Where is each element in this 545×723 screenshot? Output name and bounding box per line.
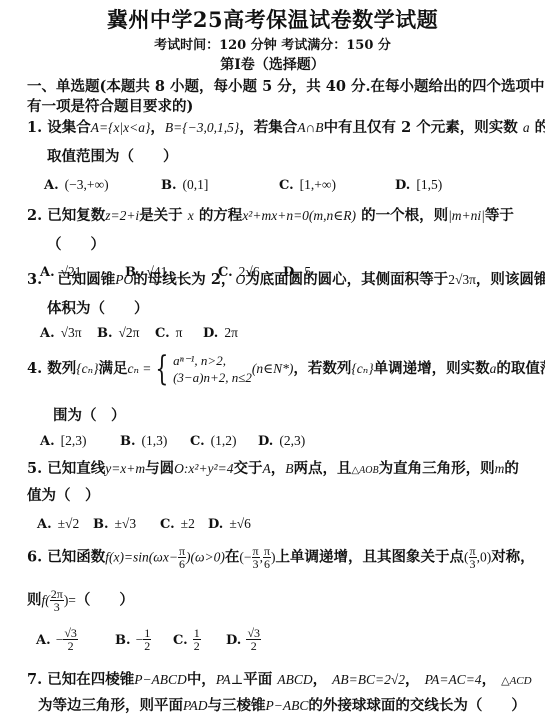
option-label: D. (258, 434, 273, 449)
question-text: 已知在四棱锥 (47, 671, 134, 688)
piecewise-definition: aⁿ⁻¹, n>2,(3−a)n+2, n≤2 (173, 352, 252, 386)
question-text: 的外接球球面的交线长为（ ） (308, 697, 526, 714)
question-6-line2: 则f(2π3)=（ ） (27, 588, 134, 613)
question-text: 的 (504, 460, 519, 477)
math-expr: A∩B (297, 120, 323, 135)
question-1-option-a[interactable]: A.(−3,+∞) (44, 174, 109, 193)
math-expr: △ACD (501, 675, 531, 687)
question-2: 2. 已知复数z=2+i是关于 x 的方程x²+mx+n=0(m,n∈R) 的一… (27, 204, 514, 225)
option-label: A. (37, 517, 52, 532)
fraction: π3 (469, 545, 477, 570)
math-expr: (n∈N*) (252, 361, 294, 376)
question-3: 3. 已知圆锥PO的母线长为 2，O为底面圆的圆心，其侧面积等于2√3π，则该圆… (27, 268, 545, 289)
question-1-option-c[interactable]: C.[1,+∞) (279, 174, 336, 193)
option-label: B. (161, 178, 177, 193)
question-5-option-a[interactable]: A.±√2 (37, 513, 79, 532)
question-6-option-c[interactable]: C. 12 (173, 627, 201, 652)
math-expr: y=x+m (105, 461, 145, 476)
math-expr: )(ω>0) (186, 550, 225, 565)
math-expr: ,0) (477, 550, 492, 565)
option-label: D. (395, 178, 410, 193)
volume-heading: 第Ⅰ卷（选择题） (0, 54, 545, 74)
brace-symbol: { (156, 352, 169, 386)
question-text: ，若数列 (293, 360, 351, 377)
option-label: C. (190, 434, 205, 449)
question-text: 的一个根，则 (361, 207, 448, 224)
denominator: 2 (143, 640, 151, 652)
option-label: A. (40, 326, 55, 341)
fraction: 12 (193, 627, 201, 652)
option-label: A. (36, 633, 51, 648)
question-4-line2: 围为（ ） (53, 404, 126, 425)
math-expr: ABCD (277, 672, 312, 687)
question-1-line2: 取值范围为（ ） (47, 145, 178, 166)
question-text: 为底面圆的圆心，其侧面积等于 (245, 271, 448, 288)
question-7: 7. 已知在四棱锥P−ABCD中，PA⊥平面 ABCD， AB=BC=2√2， … (27, 668, 532, 689)
question-5-option-c[interactable]: C.±2 (160, 513, 195, 532)
question-5: 5. 已知直线y=x+m与圆O:x²+y²=4交于A，B两点，且△AOB为直角三… (27, 457, 519, 478)
option-value: ±√2 (58, 516, 80, 531)
question-4-option-c[interactable]: C.(1,2) (190, 430, 237, 449)
section-heading-line1: 一、单选题(本题共 8 小题，每小题 5 分，共 40 分.在每小题给出的四个选… (27, 75, 545, 96)
question-text: 已知复数 (47, 207, 105, 224)
math-expr: PA⊥ (216, 672, 243, 687)
math-expr: f( (42, 593, 50, 608)
option-label: D. (208, 517, 223, 532)
math-expr: m (495, 461, 505, 476)
math-expr: cₙ = (127, 361, 151, 376)
question-text: 的 (535, 119, 545, 136)
math-expr: △AOB (351, 465, 378, 476)
option-label: D. (203, 326, 218, 341)
fraction: √32 (246, 627, 261, 652)
question-text: 中， (187, 671, 216, 688)
option-value: 2π (224, 325, 238, 340)
question-text: ，若集合 (239, 119, 297, 136)
question-text: ，则该圆锥的 (476, 271, 545, 288)
denominator: 3 (50, 601, 64, 613)
option-value: [2,3) (61, 433, 87, 448)
option-value: (0,1] (183, 177, 209, 192)
question-text: 满足 (98, 360, 127, 377)
fraction: π6 (263, 545, 271, 570)
question-text: 等于 (485, 207, 514, 224)
math-expr: PAD (183, 698, 208, 713)
math-expr: A={x|x<a} (91, 120, 151, 135)
option-value: √3π (61, 325, 82, 340)
question-6-option-a[interactable]: A. −√32 (36, 627, 78, 652)
question-1-option-d[interactable]: D.[1,5) (395, 174, 442, 193)
question-1: 1. 设集合A={x|x<a}，B={−3,0,1,5}，若集合A∩B中有且仅有… (27, 116, 545, 137)
question-text: 与三棱锥 (208, 697, 266, 714)
denominator: 6 (178, 558, 186, 570)
question-number: 1. (27, 119, 42, 136)
question-text: 为等边三角形，则平面 (38, 697, 183, 714)
option-value: (1,2) (211, 433, 237, 448)
denominator: 2 (246, 640, 261, 652)
denominator: 6 (263, 558, 271, 570)
denominator: 3 (469, 558, 477, 570)
option-label: A. (44, 178, 59, 193)
question-1-option-b[interactable]: B.(0,1] (161, 174, 208, 193)
question-3-option-d[interactable]: D.2π (203, 322, 238, 341)
math-expr: B={−3,0,1,5} (165, 120, 239, 135)
question-number: 7. (27, 671, 42, 688)
question-text: 设集合 (47, 119, 91, 136)
question-text: ， (271, 460, 286, 477)
option-label: C. (279, 178, 294, 193)
question-text: ， (482, 671, 497, 688)
question-text: 上单调递增，且其图象关于点 (276, 549, 465, 566)
question-4-option-d[interactable]: D.(2,3) (258, 430, 305, 449)
question-text: 在 (225, 549, 240, 566)
question-text: 已知直线 (47, 460, 105, 477)
exam-info: 考试时间：120 分钟 考试满分：150 分 (0, 34, 545, 53)
question-text: 是关于 (139, 207, 183, 224)
option-value: (−3,+∞) (65, 177, 109, 192)
math-expr: )= (64, 593, 76, 608)
question-text: 与圆 (145, 460, 174, 477)
option-value: ±√6 (229, 516, 251, 531)
option-label: B. (93, 517, 109, 532)
question-3-option-c[interactable]: C.π (155, 322, 182, 341)
sign: − (136, 632, 144, 647)
fraction: √32 (63, 627, 78, 652)
section-heading-line2: 有一项是符合题目要求的) (27, 95, 193, 116)
question-text: 对称， (491, 549, 535, 566)
question-text: 为直角三角形，则 (379, 460, 495, 477)
math-expr: O:x²+y²=4 (174, 461, 233, 476)
question-text: ， (150, 119, 165, 136)
math-expr: z=2+i (105, 208, 139, 223)
question-7-line2: 为等边三角形，则平面PAD与三棱锥P−ABC的外接球球面的交线长为（ ） (38, 694, 526, 715)
question-3-option-b[interactable]: B.√2π (97, 322, 140, 341)
math-expr: A (262, 461, 270, 476)
option-value: ±2 (181, 516, 195, 531)
question-text: 的母线长为 2， (133, 271, 235, 288)
question-text: 的方程 (199, 207, 243, 224)
question-text: 已知函数 (47, 549, 105, 566)
question-6-option-b[interactable]: B. −12 (115, 627, 151, 652)
question-text: 中有且仅有 2 个元素，则实数 (324, 119, 518, 136)
option-value: √2π (119, 325, 140, 340)
question-6: 6. 已知函数f(x)=sin(ωx−π6)(ω>0)在(−π3,π6)上单调递… (27, 545, 535, 570)
math-expr: {cₙ} (76, 361, 98, 376)
option-value: ±√3 (115, 516, 137, 531)
question-2-line2: （ ） (47, 233, 105, 254)
math-expr: P−ABCD (134, 672, 187, 687)
question-4-option-b[interactable]: B.(1,3) (120, 430, 167, 449)
option-value: [1,5) (416, 177, 442, 192)
question-text: 已知圆锥 (57, 271, 115, 288)
math-expr: PA=AC=4 (425, 672, 482, 687)
question-text: ， (313, 671, 328, 688)
option-label: D. (226, 633, 241, 648)
question-text: 的取值范 (496, 360, 545, 377)
denominator: 2 (193, 640, 201, 652)
option-label: C. (173, 633, 188, 648)
math-expr: PO (115, 272, 133, 287)
math-expr: x (188, 208, 194, 223)
option-label: A. (40, 434, 55, 449)
question-5-option-d[interactable]: D.±√6 (208, 513, 251, 532)
question-text: 数列 (47, 360, 76, 377)
math-expr: AB=BC=2√2 (332, 672, 405, 687)
question-text: 两点，且 (293, 460, 351, 477)
question-number: 3. (27, 271, 42, 288)
question-text: 单调递增，则实数 (374, 360, 490, 377)
math-expr: {cₙ} (351, 361, 373, 376)
piece-case-2: (3−a)n+2, n≤2 (173, 369, 252, 386)
question-text: 则 (27, 592, 42, 609)
question-text: （ ） (76, 592, 134, 609)
question-number: 2. (27, 207, 42, 224)
math-expr: a (523, 120, 530, 135)
question-text: ， (405, 671, 420, 688)
math-expr: 2√3π (448, 272, 476, 287)
math-expr: f(x)=sin(ωx− (105, 550, 178, 565)
option-value: (1,3) (142, 433, 168, 448)
option-value: [1,+∞) (300, 177, 336, 192)
math-expr: x²+mx+n=0(m,n∈R) (242, 208, 356, 223)
denominator: 3 (252, 558, 260, 570)
question-5-line2: 值为（ ） (27, 484, 100, 505)
question-4-option-a[interactable]: A.[2,3) (40, 430, 87, 449)
math-expr: O (235, 272, 245, 287)
question-number: 5. (27, 460, 42, 477)
option-label: C. (155, 326, 170, 341)
denominator: 2 (63, 640, 78, 652)
option-label: B. (97, 326, 113, 341)
option-value: (2,3) (279, 433, 305, 448)
question-4: 4. 数列{cₙ}满足cₙ ={aⁿ⁻¹, n>2,(3−a)n+2, n≤2(… (27, 352, 545, 386)
math-expr: |m+ni| (448, 208, 485, 223)
fraction: 12 (143, 627, 151, 652)
math-expr: (− (239, 550, 251, 565)
option-value: π (176, 325, 183, 340)
fraction: 2π3 (50, 588, 64, 613)
question-3-option-a[interactable]: A.√3π (40, 322, 82, 341)
question-3-line2: 体积为（ ） (47, 297, 149, 318)
question-5-option-b[interactable]: B.±√3 (93, 513, 136, 532)
option-label: B. (120, 434, 136, 449)
question-number: 4. (27, 360, 42, 377)
fraction: π6 (178, 545, 186, 570)
option-label: B. (115, 633, 131, 648)
sign: − (56, 632, 64, 647)
question-text: 平面 (243, 671, 272, 688)
question-6-option-d[interactable]: D. √32 (226, 627, 261, 652)
piece-case-1: aⁿ⁻¹, n>2, (173, 352, 252, 369)
option-label: C. (160, 517, 175, 532)
math-expr: P−ABC (266, 698, 309, 713)
exam-title: 冀州中学25高考保温试卷数学试题 (0, 4, 545, 34)
question-text: 交于 (233, 460, 262, 477)
fraction: π3 (252, 545, 260, 570)
question-number: 6. (27, 549, 42, 566)
